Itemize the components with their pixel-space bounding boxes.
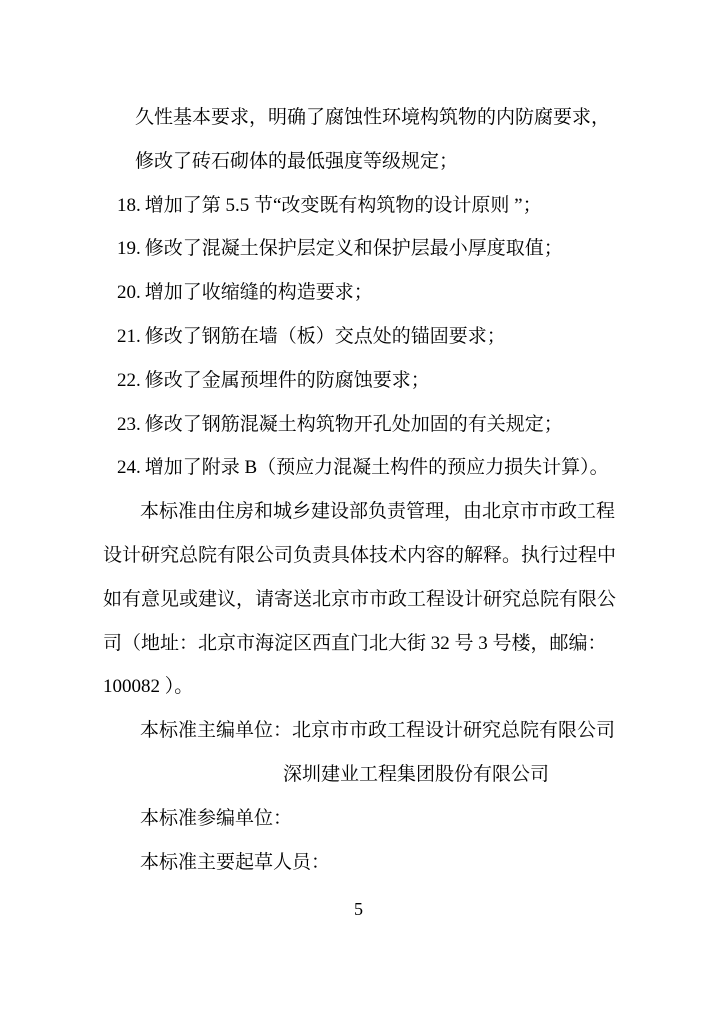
list-item-number: 20.: [117, 282, 141, 303]
chief-editor-line: 本标准主编单位：北京市市政工程设计研究总院有限公司: [103, 709, 619, 753]
list-item-text: 增加了附录 B（预应力混凝土构件的预应力损失计算）。: [145, 457, 609, 478]
page-number: 5: [0, 897, 717, 921]
continuation-line: 久性基本要求，明确了腐蚀性环境构筑物的内防腐要求，: [103, 96, 619, 140]
continuation-line: 修改了砖石砌体的最低强度等级规定；: [103, 140, 619, 184]
list-item-text: 修改了混凝土保护层定义和保护层最小厚度取值；: [145, 238, 563, 259]
list-item-text: 修改了钢筋混凝土构筑物开孔处加固的有关规定；: [145, 414, 563, 435]
list-item-number: 24.: [117, 457, 141, 478]
document-body: 久性基本要求，明确了腐蚀性环境构筑物的内防腐要求， 修改了砖石砌体的最低强度等级…: [103, 96, 619, 884]
paragraph-line: 如有意见或建议，请寄送北京市市政工程设计研究总院有限公: [103, 578, 619, 622]
chief-editor-unit: 北京市市政工程设计研究总院有限公司: [292, 720, 615, 741]
list-item-text: 增加了收缩缝的构造要求；: [145, 282, 373, 303]
list-item-20: 20.增加了收缩缝的构造要求；: [103, 271, 619, 315]
list-item-number: 22.: [117, 370, 141, 391]
chief-editor-unit-line: 深圳建业工程集团股份有限公司: [103, 753, 619, 797]
paragraph-line: 本标准由住房和城乡建设部负责管理，由北京市市政工程: [103, 490, 619, 534]
paragraph-line: 设计研究总院有限公司负责具体技术内容的解释。执行过程中: [103, 534, 619, 578]
list-item-text: 修改了金属预埋件的防腐蚀要求；: [145, 370, 430, 391]
list-item-24: 24.增加了附录 B（预应力混凝土构件的预应力损失计算）。: [103, 446, 619, 490]
list-item-21: 21.修改了钢筋在墙（板）交点处的锚固要求；: [103, 315, 619, 359]
list-item-19: 19.修改了混凝土保护层定义和保护层最小厚度取值；: [103, 227, 619, 271]
chief-editor-unit: 深圳建业工程集团股份有限公司: [283, 764, 549, 785]
list-item-number: 19.: [117, 238, 141, 259]
paragraph-line: 100082 ）。: [103, 665, 619, 709]
list-item-text: 修改了钢筋在墙（板）交点处的锚固要求；: [145, 326, 506, 347]
chief-editor-label: 本标准主编单位：: [140, 720, 292, 741]
drafters-line: 本标准主要起草人员：: [103, 841, 619, 885]
list-item-23: 23.修改了钢筋混凝土构筑物开孔处加固的有关规定；: [103, 403, 619, 447]
participating-units-line: 本标准参编单位：: [103, 797, 619, 841]
list-item-number: 23.: [117, 414, 141, 435]
paragraph-line: 司（地址：北京市海淀区西直门北大街 32 号 3 号楼，邮编：: [103, 622, 619, 666]
list-item-18: 18.增加了第 5.5 节“改变既有构筑物的设计原则 ”；: [103, 184, 619, 228]
list-item-number: 21.: [117, 326, 141, 347]
list-item-text: 增加了第 5.5 节“改变既有构筑物的设计原则 ”；: [145, 195, 542, 216]
list-item-22: 22.修改了金属预埋件的防腐蚀要求；: [103, 359, 619, 403]
list-item-number: 18.: [117, 195, 141, 216]
